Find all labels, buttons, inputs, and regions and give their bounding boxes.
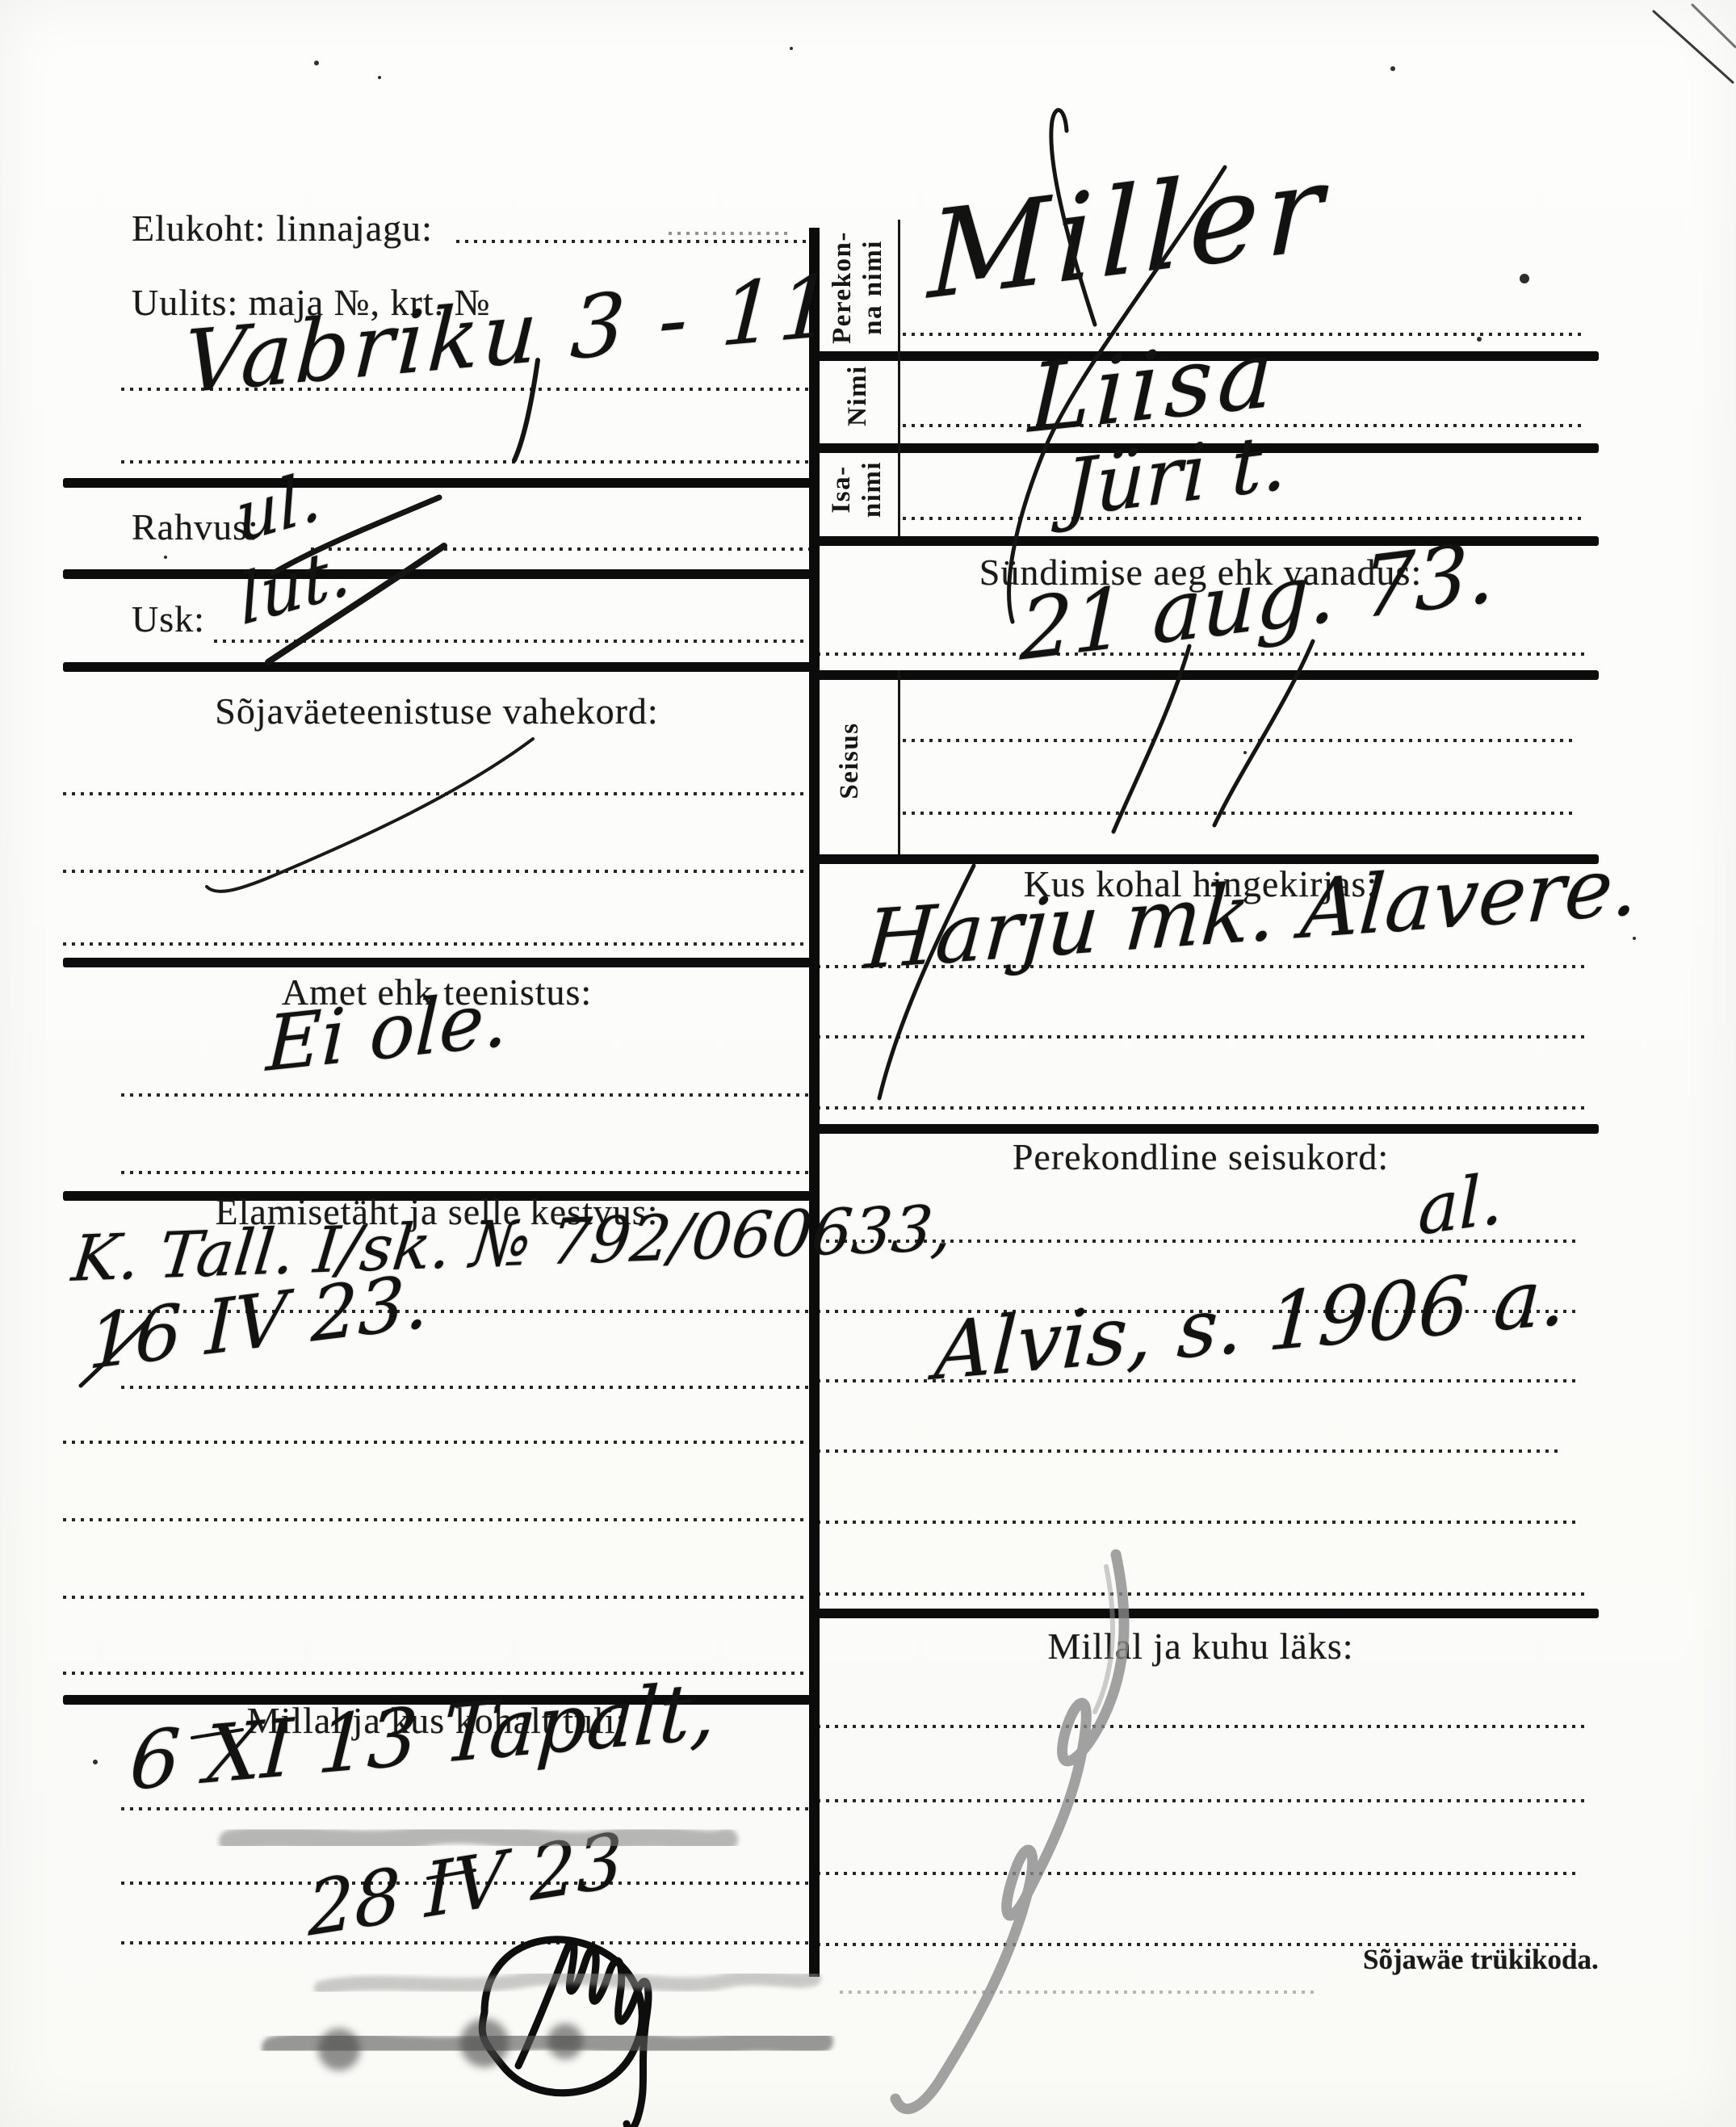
departure-heading: Millal ja kuhu läks:: [817, 1626, 1584, 1668]
dotted-rule-stray: [669, 232, 790, 235]
dotted-rule: [817, 1449, 1562, 1453]
thick-rule: [810, 1124, 1599, 1134]
corner-scratch-stroke: [1692, 5, 1735, 47]
dotted-rule: [311, 547, 809, 551]
dotted-rule: [817, 1521, 1581, 1524]
paper-speck: [1477, 337, 1482, 342]
dotted-rule: [817, 1725, 1586, 1728]
father-name-vertical-label: Isa- nimi: [824, 441, 891, 538]
printer-credit: Sõjawäe trükikoda.: [1363, 1945, 1599, 1976]
firstname-vertical-label: Nimi: [842, 335, 874, 456]
bottom-stamp-line1-smudge: [321, 1977, 814, 1988]
ink-signature-zigzag: [518, 1942, 648, 2127]
dotted-rule: [817, 1035, 1586, 1038]
dotted-rule: [63, 1441, 809, 1444]
arrival-date-handwriting: 28 IV 23: [307, 1816, 623, 1953]
arrival-value-handwriting: 6 XI 13 Tapalt,: [128, 1665, 718, 1809]
status-label-text: Seisus: [835, 722, 866, 799]
thick-rule: [63, 958, 811, 967]
dotted-rule: [817, 1592, 1586, 1596]
ink-signature-oval: [482, 1940, 642, 2093]
dotted-rule: [817, 1799, 1586, 1802]
paper-speck: [1520, 274, 1529, 283]
surname-label-line2: na nimi: [858, 240, 889, 335]
thick-rule: [810, 670, 1599, 680]
paper-speck: [164, 556, 167, 559]
dotted-rule: [121, 1807, 809, 1810]
dotted-rule: [63, 942, 809, 946]
paper-speck: [1633, 937, 1636, 940]
dotted-rule: [214, 640, 809, 643]
family-status-value2-handwriting: Alvis, s. 1906 a.: [933, 1251, 1568, 1399]
dotted-rule: [63, 1518, 809, 1521]
stamp-ink-blob: [460, 2019, 509, 2067]
military-section-pen-slash: [207, 739, 533, 891]
surname-value-handwriting: Miller: [927, 136, 1330, 326]
dotted-rule: [121, 1093, 809, 1097]
dotted-rule: [817, 1106, 1586, 1110]
thick-rule: [810, 1609, 1599, 1618]
paper-speck: [790, 47, 793, 50]
father-label-line2: nimi: [858, 461, 888, 518]
father-label-line1: Isa-: [827, 465, 858, 513]
dotted-rule: [121, 1941, 809, 1945]
registration-card-scan: Elukoht: linnajagu: Uulits: maja №, krt.…: [0, 0, 1736, 2127]
paper-speck: [314, 61, 319, 65]
stamp-ink-blob: [318, 2028, 360, 2070]
birth-date-descender-stroke: [1214, 641, 1313, 825]
dotted-rule-faint: [840, 1991, 1316, 1994]
religion-label: Usk:: [132, 599, 205, 640]
center-divider-rule: [809, 228, 820, 1977]
dotted-rule: [456, 240, 809, 243]
dotted-rule: [817, 1872, 1581, 1875]
dotted-rule: [903, 739, 1578, 742]
status-vertical-label: Seisus: [833, 680, 867, 841]
dotted-rule: [121, 1171, 809, 1174]
thick-rule: [63, 478, 811, 488]
dotted-rule: [63, 1596, 809, 1599]
firstname-label-text: Nimi: [843, 365, 874, 426]
stamp-ink-blob: [547, 2024, 583, 2059]
seisus-box-vertical-rule: [898, 670, 900, 854]
thick-rule: [63, 569, 811, 579]
dotted-rule: [63, 870, 809, 873]
paper-speck: [93, 1760, 98, 1764]
military-service-heading: Sõjaväeteenistuse vahekord:: [63, 691, 811, 732]
paper-speck: [1390, 66, 1395, 71]
family-status-value1-handwriting: al.: [1418, 1158, 1503, 1252]
dotted-rule: [903, 812, 1578, 815]
bottom-stamp-line2-smudge: [273, 2039, 822, 2048]
dotted-rule: [121, 460, 809, 464]
dotted-rule: [63, 792, 809, 795]
corner-scratch-stroke: [1654, 11, 1733, 82]
thick-rule: [63, 662, 811, 672]
dotted-rule: [121, 1386, 809, 1389]
residence-district-label: Elukoht: linnajagu:: [132, 208, 433, 250]
dotted-rule: [817, 1379, 1579, 1382]
paper-speck: [1243, 751, 1247, 754]
paper-speck: [378, 76, 381, 79]
dotted-rule: [903, 517, 1586, 520]
